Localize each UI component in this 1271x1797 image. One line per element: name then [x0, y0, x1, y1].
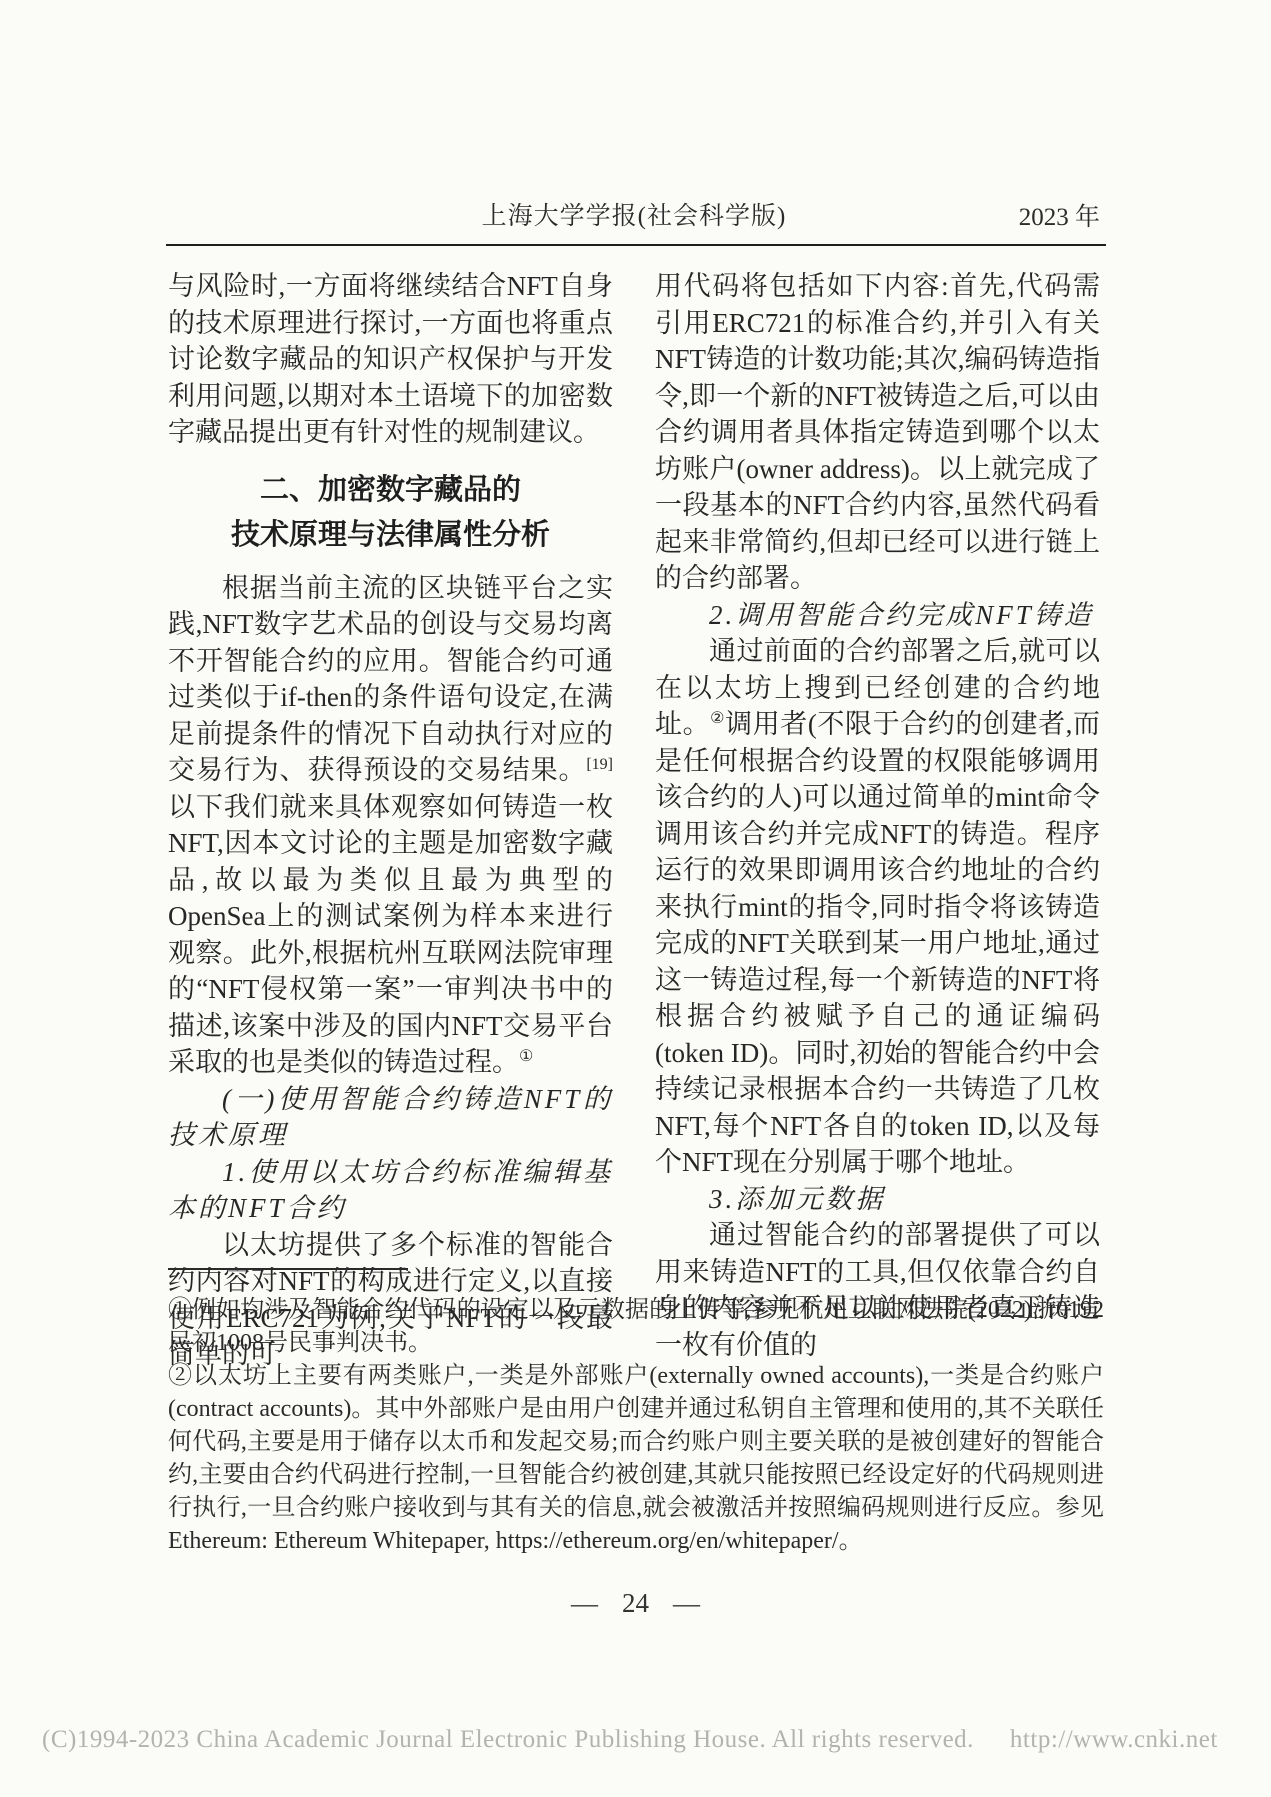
footnote-1: ①例如均涉及智能合约代码的设定以及元数据的上传等,参见杭州互联网法院(2022)… [168, 1294, 1104, 1360]
right-column: 用代码将包括如下内容:首先,代码需引用ERC721的标准合约,并引入有关NFT铸… [655, 268, 1100, 1373]
subsubsection-heading-3: 3.添加元数据 [655, 1181, 1100, 1218]
left-column: 与风险时,一方面将继续结合NFT自身的技术原理进行探讨,一方面也将重点讨论数字藏… [168, 268, 613, 1373]
footnote-ref-2: ② [710, 710, 725, 727]
paragraph: 根据当前主流的区块链平台之实践,NFT数字艺术品的创设与交易均离不开智能合约的应… [168, 570, 613, 1081]
citation-ref-19: [19] [586, 756, 613, 773]
page-number: 24 [622, 1588, 649, 1619]
header-rule [166, 244, 1106, 246]
article-body: 与风险时,一方面将继续结合NFT自身的技术原理进行探讨,一方面也将重点讨论数字藏… [168, 268, 1100, 1373]
section-heading-line-2: 技术原理与法律属性分析 [168, 513, 613, 558]
copyright-text: (C)1994-2023 China Academic Journal Elec… [42, 1726, 974, 1754]
paragraph-continuation: 与风险时,一方面将继续结合NFT自身的技术原理进行探讨,一方面也将重点讨论数字藏… [168, 268, 613, 451]
paragraph-text: 根据当前主流的区块链平台之实践,NFT数字艺术品的创设与交易均离不开智能合约的应… [168, 573, 613, 786]
subsection-heading-1: (一)使用智能合约铸造NFT的技术原理 [168, 1081, 613, 1154]
journal-year: 2023 年 [1019, 197, 1100, 233]
section-heading-line-1: 二、加密数字藏品的 [168, 468, 613, 513]
page-number-row: — 24 — [0, 1588, 1271, 1619]
page-number-dash-right: — [673, 1588, 700, 1619]
page-header: 上海大学学报(社会科学版) 2023 年 [168, 196, 1100, 228]
footnote-2: ②以太坊上主要有两类账户,一类是外部账户(externally owned ac… [168, 1360, 1104, 1558]
scan-footer: (C)1994-2023 China Academic Journal Elec… [42, 1726, 1218, 1754]
paragraph-text: 以下我们就来具体观察如何铸造一枚NFT,因本文讨论的主题是加密数字藏品,故以最为… [168, 792, 613, 1078]
journal-title: 上海大学学报(社会科学版) [168, 196, 1100, 232]
cnki-url: http://www.cnki.net [1010, 1726, 1218, 1754]
subsubsection-heading-2: 2.调用智能合约完成NFT铸造 [655, 597, 1100, 634]
footnote-ref-1: ① [519, 1048, 533, 1065]
footnotes-block: ①例如均涉及智能合约代码的设定以及元数据的上传等,参见杭州互联网法院(2022)… [168, 1268, 1104, 1558]
subsubsection-heading-1: 1.使用以太坊合约标准编辑基本的NFT合约 [168, 1154, 613, 1227]
footnote-separator [168, 1268, 408, 1270]
paragraph-text: 调用者(不限于合约的创建者,而是任何根据合约设置的权限能够调用该合约的人)可以通… [655, 709, 1100, 1177]
page-number-dash-left: — [571, 1588, 598, 1619]
journal-page-scan: 上海大学学报(社会科学版) 2023 年 与风险时,一方面将继续结合NFT自身的… [0, 0, 1271, 1797]
paragraph-continuation: 用代码将包括如下内容:首先,代码需引用ERC721的标准合约,并引入有关NFT铸… [655, 268, 1100, 597]
section-heading: 二、加密数字藏品的 技术原理与法律属性分析 [168, 468, 613, 558]
paragraph: 通过前面的合约部署之后,就可以在以太坊上搜到已经创建的合约地址。②调用者(不限于… [655, 633, 1100, 1181]
